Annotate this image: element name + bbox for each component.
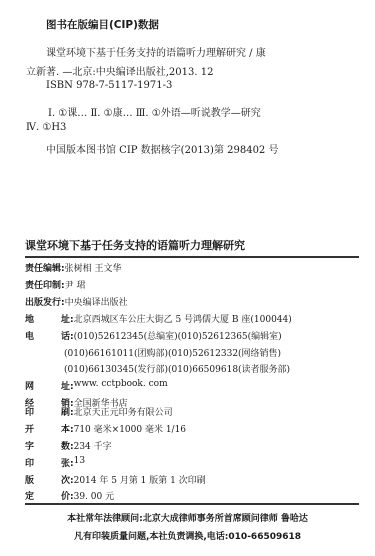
cip-author-publisher: 立新著. —北京:中央编译出版社,2013. 12 (26, 63, 213, 78)
phone-row: 电 话: (010)52612345(总编室)(010)52612365(编辑室… (25, 329, 282, 342)
cip-classification: Ⅰ. ①课… Ⅱ. ①康… Ⅲ. ①外语—听说教学—研究 (48, 104, 261, 119)
cip-book-line: 课堂环境下基于任务支持的语篇听力理解研究 / 康 (46, 44, 266, 59)
format-row: 开 本: 710 毫米×1000 毫米 1/16 (25, 422, 186, 435)
quality-notice: 凡有印装质量问题,本社负责调换,电话:010-66509618 (0, 529, 375, 542)
print-manager-row: 责任印制: 尹 珺 (25, 278, 85, 291)
edition-row: 版 次: 2014 年 5 月第 1 版第 1 次印刷 (25, 473, 206, 486)
divider (25, 256, 359, 258)
address-row: 地 址: 北京西城区车公庄大街乙 5 号鸿儒大厦 B 座(100044) (25, 312, 292, 325)
printer-row: 印 刷: 北京天正元印务有限公司 (25, 405, 173, 418)
website-row: 网 址: www. cctpbook. com (25, 379, 168, 392)
book-title: 课堂环境下基于任务支持的语篇听力理解研究 (25, 237, 245, 253)
phone-line-3: (010)66130345(发行部)(010)66509618(读者服务部) (64, 362, 290, 375)
cip-title: 图书在版编目(CIP)数据 (46, 17, 159, 32)
divider (25, 503, 359, 505)
phone-line-2: (010)66161011(团购部)(010)52612332(网络销售) (64, 346, 281, 359)
cip-isbn: ISBN 978-7-5117-1971-3 (46, 80, 172, 91)
cip-library-record: 中国版本图书馆 CIP 数据核字(2013)第 298402 号 (46, 141, 278, 156)
cip-classification-cont: Ⅳ. ①H3 (26, 122, 66, 133)
legal-counsel-note: 本社常年法律顾问:北京大成律师事务所首席顾问律师 鲁哈达 (0, 511, 375, 524)
sheets-row: 印 张: 13 (25, 456, 85, 469)
publisher-row: 出版发行: 中央编译出版社 (25, 295, 128, 308)
price-row: 定 价: 39. 00 元 (25, 489, 114, 502)
word-count-row: 字 数: 234 千字 (25, 439, 112, 452)
editor-row: 责任编辑: 张树相 王文华 (25, 261, 121, 274)
